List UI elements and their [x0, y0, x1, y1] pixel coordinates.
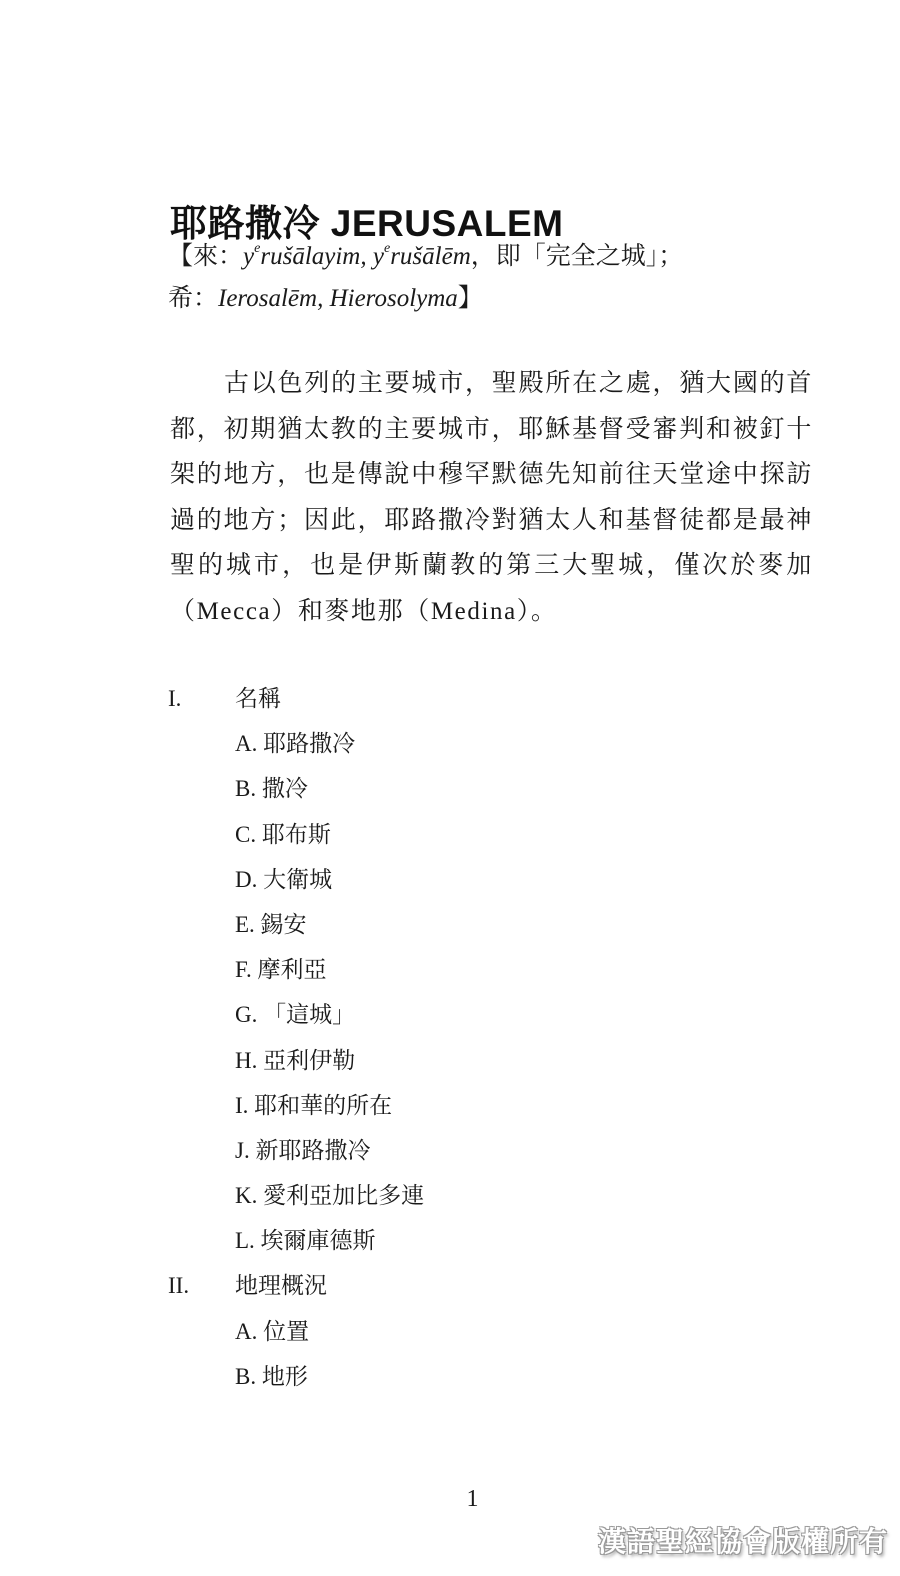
section-label: 地理概況: [235, 1263, 327, 1308]
outline-item: K. 愛利亞加比多連: [0, 1173, 900, 1218]
outline-item: H. 亞利伊勒: [0, 1038, 900, 1083]
hebrew-form-2: yerušālēm: [373, 243, 471, 270]
outline-section: II. 地理概況: [0, 1263, 900, 1308]
hebrew-form-1: yerušālayim: [243, 243, 360, 270]
meaning: ，即「完全之城」；: [471, 243, 684, 270]
section-number: I.: [168, 676, 181, 721]
greek-label: 希：: [168, 285, 218, 312]
outline-item: A. 位置: [0, 1309, 900, 1354]
copyright-watermark: 漢語聖經協會版權所有: [598, 1520, 888, 1560]
open-bracket: 【: [168, 243, 193, 270]
hebrew-separator: ,: [360, 243, 373, 270]
section-label: 名稱: [235, 676, 281, 721]
entry-paragraph: 古以色列的主要城市，聖殿所在之處，猶大國的首都，初期猶太教的主要城市，耶穌基督受…: [170, 361, 813, 635]
outline: I. 名稱 A. 耶路撒冷 B. 撒冷 C. 耶布斯 D. 大衛城 E. 錫安 …: [0, 676, 900, 1399]
outline-item: D. 大衛城: [0, 857, 900, 902]
outline-item: I. 耶和華的所在: [0, 1083, 900, 1128]
page-number: 1: [0, 1486, 900, 1513]
section-number: II.: [168, 1263, 189, 1308]
outline-item: C. 耶布斯: [0, 812, 900, 857]
outline-item: A. 耶路撒冷: [0, 721, 900, 766]
close-bracket: 】: [458, 285, 483, 312]
outline-item: J. 新耶路撒冷: [0, 1128, 900, 1173]
outline-item: F. 摩利亞: [0, 947, 900, 992]
outline-item: B. 撒冷: [0, 766, 900, 811]
etymology-line-2: 希：Ierosalēm, Hierosolyma】: [168, 278, 818, 320]
outline-item: G. 「這城」: [0, 992, 900, 1037]
outline-item: B. 地形: [0, 1354, 900, 1399]
etymology-line-1: 【來：yerušālayim, yerušālēm，即「完全之城」；: [168, 228, 818, 278]
etymology-note: 【來：yerušālayim, yerušālēm，即「完全之城」； 希：Ier…: [168, 228, 818, 320]
outline-section: I. 名稱: [0, 676, 900, 721]
outline-item: L. 埃爾庫德斯: [0, 1218, 900, 1263]
hebrew-label: 來：: [193, 243, 243, 270]
greek-forms: Ierosalēm, Hierosolyma: [218, 285, 458, 312]
outline-item: E. 錫安: [0, 902, 900, 947]
